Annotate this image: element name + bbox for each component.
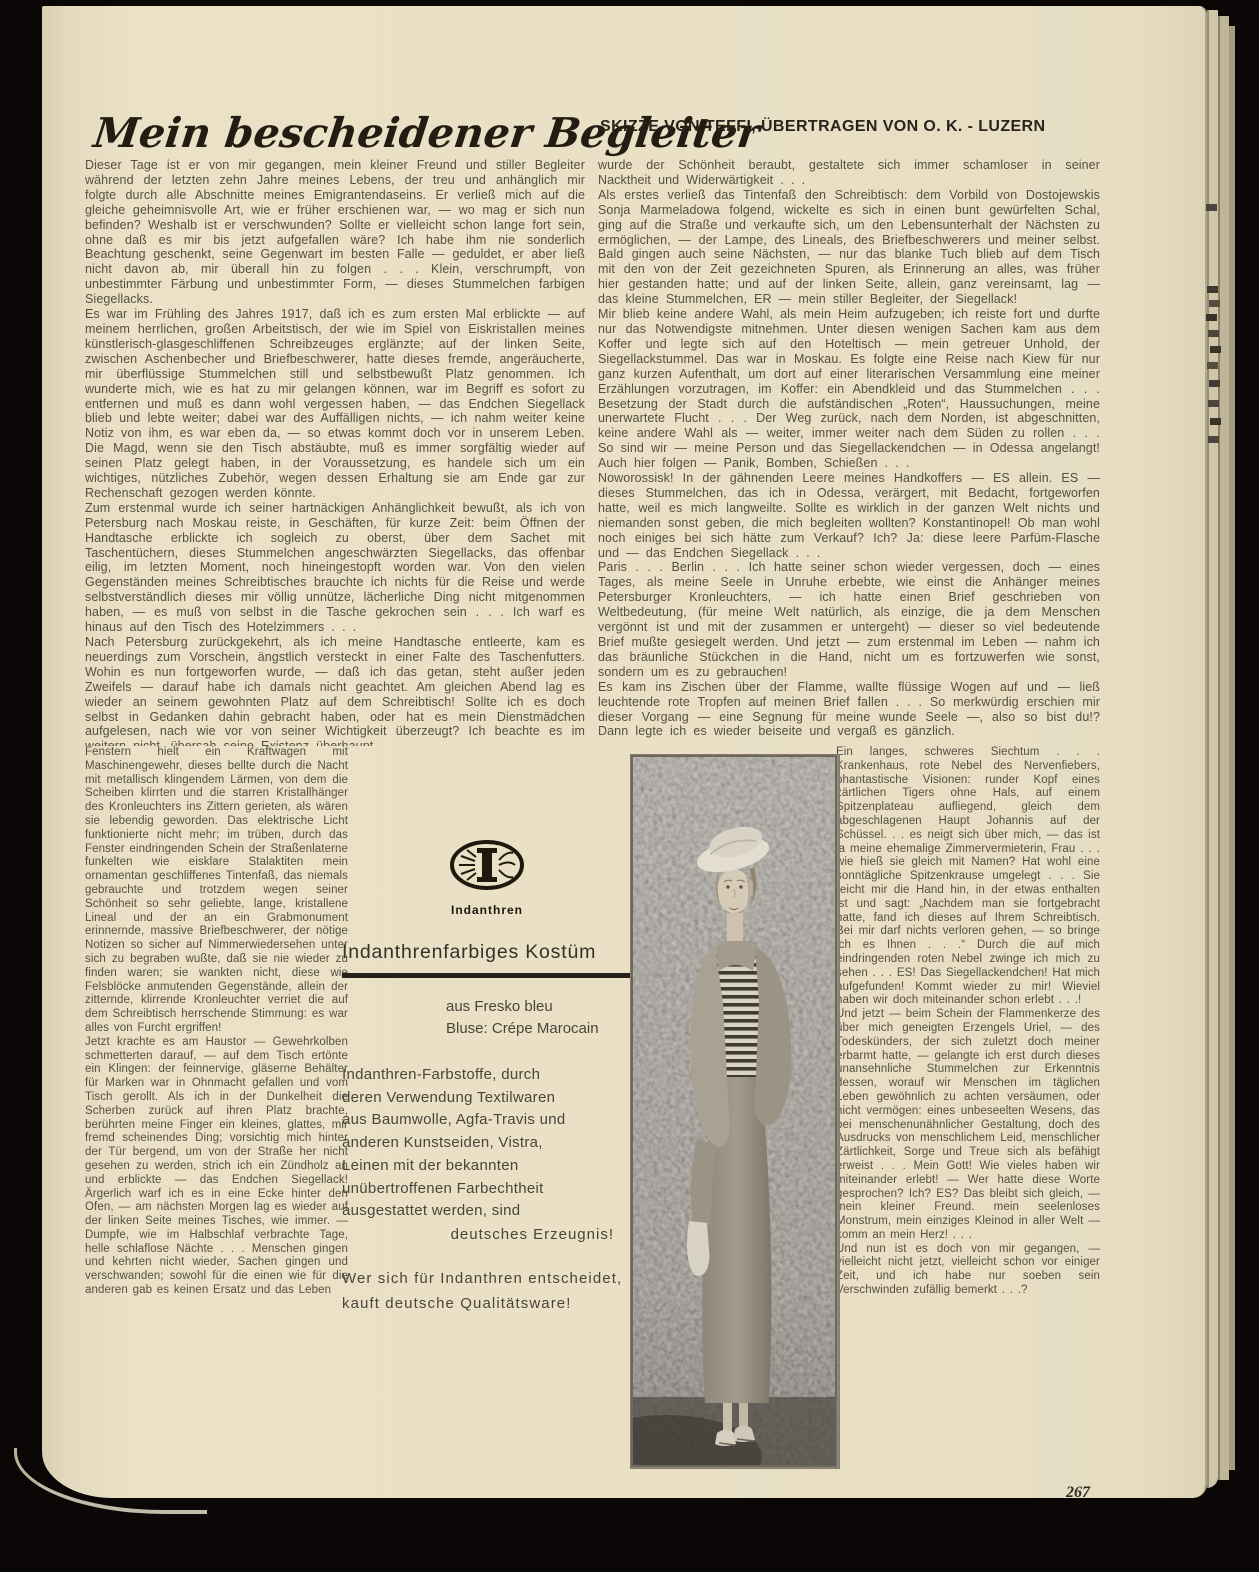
right-column-wide: wurde der Schönheit beraubt, gestaltete … xyxy=(598,158,1100,746)
ad-slogan-line2: kauft deutsche Qualitätsware! xyxy=(342,1295,572,1312)
ad-body-text: Indanthren-Farbstoffe, durch deren Verwe… xyxy=(342,1064,576,1223)
article-paragraph: Zum erstenmal wurde ich seiner hartnäcki… xyxy=(85,501,585,635)
left-column-narrow: Fenstern hielt ein Kraftwagen mit Maschi… xyxy=(85,746,348,1488)
left-column-wide: Dieser Tage ist er von mir gegangen, mei… xyxy=(85,158,585,746)
article-paragraph: Mir blieb keine andere Wahl, als mein He… xyxy=(598,307,1100,471)
right-column-narrow: Ein langes, schweres Siechtum . . . Kran… xyxy=(836,746,1100,1458)
article-paragraph: Paris . . . Berlin . . . Ich hatte seine… xyxy=(598,560,1100,679)
ad-slogan-line1: Wer sich für Indanthren entscheidet, xyxy=(342,1270,622,1287)
ad-material-line1: aus Fresko bleu xyxy=(446,996,632,1018)
fashion-model-photo xyxy=(630,754,840,1469)
ad-emphasis: deutsches Erzeugnis! xyxy=(342,1226,614,1243)
article-paragraph: Fenstern hielt ein Kraftwagen mit Maschi… xyxy=(85,746,348,1036)
page-edge-strip xyxy=(1207,10,1218,1488)
article-paragraph: Und nun ist es doch von mir gegangen, — … xyxy=(836,1243,1100,1298)
article-paragraph: Noworossisk! In der gähnenden Leere mein… xyxy=(598,471,1100,560)
article-subtitle: SKIZZE VON TEFFI, ÜBERTRAGEN VON O. K. -… xyxy=(600,118,1045,136)
indanthren-logo-icon: Indanthren xyxy=(342,838,632,917)
article-paragraph: Als erstes verließ das Tintenfaß den Sch… xyxy=(598,188,1100,307)
article-paragraph: Und jetzt — beim Schein der Flammenkerze… xyxy=(836,1008,1100,1243)
article-paragraph: Die Magd, wenn sie den Tisch abstäubte, … xyxy=(85,441,585,501)
indanthren-logo-label: Indanthren xyxy=(342,903,632,917)
article-paragraph: Es war im Frühling des Jahres 1917, daß … xyxy=(85,307,585,441)
ad-material-line2: Bluse: Crépe Marocain xyxy=(446,1018,632,1040)
article-paragraph: Es kam ins Zischen über der Flamme, wall… xyxy=(598,680,1100,740)
article-paragraph: Ein langes, schweres Siechtum . . . Kran… xyxy=(836,746,1100,1008)
article-title: Mein bescheidener Begleiter xyxy=(91,109,617,157)
indanthren-ad: Indanthren Indanthrenfarbiges Kostüm aus… xyxy=(342,838,632,1316)
article-paragraph: Jetzt krachte es am Haustor — Gewehrkolb… xyxy=(85,1036,348,1298)
scan-background: Mein bescheidener Begleiter SKIZZE VON T… xyxy=(0,0,1259,1572)
page-edge-marks xyxy=(1206,204,1217,211)
page-number: 267 xyxy=(1066,1484,1090,1502)
ad-headline: Indanthrenfarbiges Kostüm xyxy=(342,941,632,978)
page-edge-strip xyxy=(1229,26,1235,1470)
ad-slogan: Wer sich für Indanthren entscheidet, kau… xyxy=(342,1266,632,1316)
ad-material-lines: aus Fresko bleu Bluse: Crépe Marocain xyxy=(446,996,632,1040)
article-paragraph: wurde der Schönheit beraubt, gestaltete … xyxy=(598,158,1100,188)
page-edge-strip xyxy=(1218,16,1229,1480)
article-paragraph: Nach Petersburg zurückgekehrt, als ich m… xyxy=(85,635,585,746)
article-paragraph: Dieser Tage ist er von mir gegangen, mei… xyxy=(85,158,585,307)
